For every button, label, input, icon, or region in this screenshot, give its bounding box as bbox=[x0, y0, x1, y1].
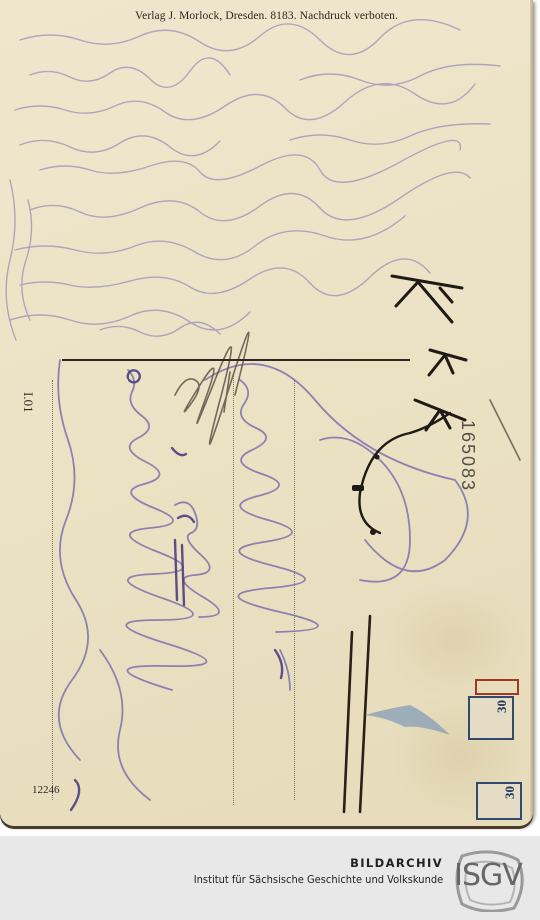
scan-area: Verlag J. Morlock, Dresden. 8183. Nachdr… bbox=[0, 0, 540, 836]
archive-number-pencil: 165083 bbox=[457, 420, 478, 492]
handwriting-layer bbox=[0, 0, 533, 826]
serial-number: 12246 bbox=[32, 784, 60, 796]
archive-subtitle: Institut für Sächsische Geschichte und V… bbox=[194, 873, 443, 886]
address-dotted-line bbox=[233, 375, 234, 805]
postage-stamp: 30 bbox=[476, 782, 522, 820]
address-dotted-line bbox=[52, 380, 53, 800]
address-dotted-line bbox=[294, 380, 295, 800]
archive-footer: BILDARCHIV Institut für Sächsische Gesch… bbox=[0, 836, 540, 920]
postage-stamp: 30 bbox=[468, 696, 514, 740]
archive-title: BILDARCHIV bbox=[350, 856, 443, 870]
isgv-logo: ISGV bbox=[448, 848, 528, 912]
address-divider-line bbox=[62, 359, 410, 361]
logo-text: ISGV bbox=[448, 858, 528, 893]
postcard-back: Verlag J. Morlock, Dresden. 8183. Nachdr… bbox=[0, 0, 533, 826]
margin-note: I.01 bbox=[20, 392, 36, 413]
publisher-line: Verlag J. Morlock, Dresden. 8183. Nachdr… bbox=[0, 10, 533, 22]
